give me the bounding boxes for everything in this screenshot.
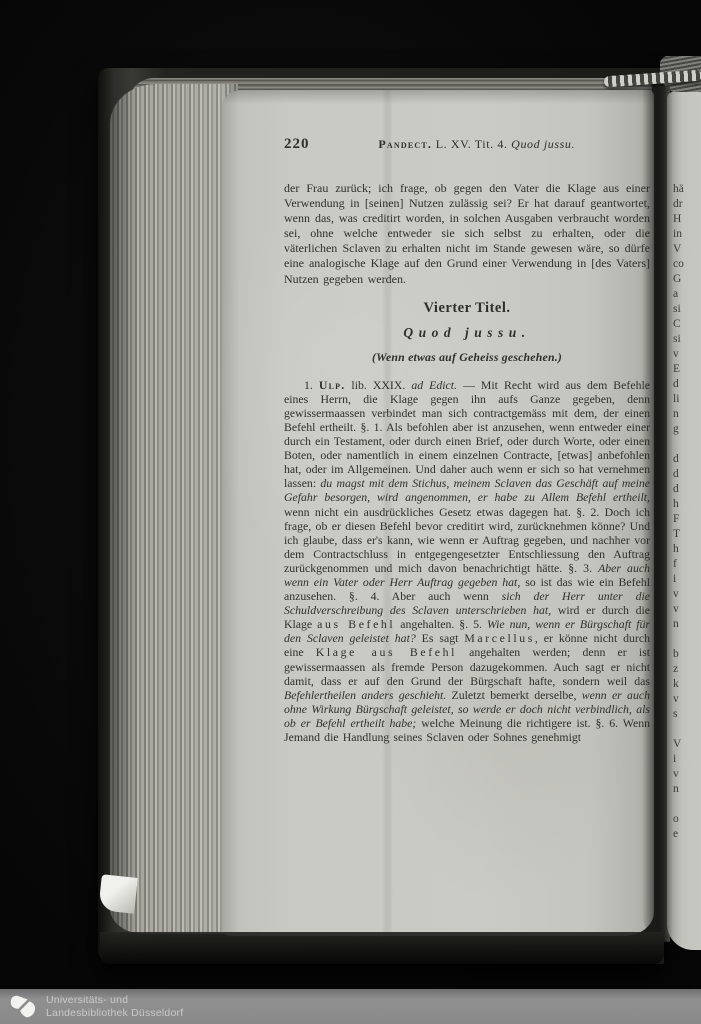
book-gutter-shadow: [642, 86, 670, 942]
scan-photo-background: 220 Pandect. L. XV. Tit. 4. Quod jussu. …: [0, 0, 701, 1024]
page-fore-edge-stack: [110, 84, 238, 934]
open-book-logo-icon: [6, 992, 38, 1022]
running-header: Pandect. L. XV. Tit. 4. Quod jussu.: [310, 137, 651, 152]
printed-text-block: 220 Pandect. L. XV. Tit. 4. Quod jussu. …: [284, 136, 650, 744]
library-watermark-bar: Universitäts- und Landesbibliothek Düsse…: [0, 989, 701, 1024]
section-title: Vierter Titel.: [284, 300, 650, 317]
library-name-line2: Landesbibliothek Düsseldorf: [46, 1007, 183, 1020]
book-page-right-sliver: hädrHinVcoGasiCsivEdlingdddhFThfivvnbzkv…: [667, 92, 701, 950]
book-page-left: 220 Pandect. L. XV. Tit. 4. Quod jussu. …: [222, 90, 654, 936]
page-header: 220 Pandect. L. XV. Tit. 4. Quod jussu.: [284, 136, 650, 153]
intro-paragraph: der Frau zurück; ich frage, ob gegen den…: [284, 181, 650, 287]
library-name-line1: Universitäts- und: [46, 994, 183, 1007]
section-subtitle: Quod jussu.: [284, 325, 650, 341]
library-name: Universitäts- und Landesbibliothek Düsse…: [46, 994, 183, 1020]
body-paragraph: 1. Ulp. lib. XXIX. ad Edict. — Mit Recht…: [284, 378, 650, 744]
facing-page-text-fragments: hädrHinVcoGasiCsivEdlingdddhFThfivvnbzkv…: [667, 92, 701, 857]
book-bottom-shadow: [100, 932, 664, 964]
section-note: (Wenn etwas auf Geheiss geschehen.): [284, 350, 650, 365]
page-number: 220: [284, 136, 310, 153]
